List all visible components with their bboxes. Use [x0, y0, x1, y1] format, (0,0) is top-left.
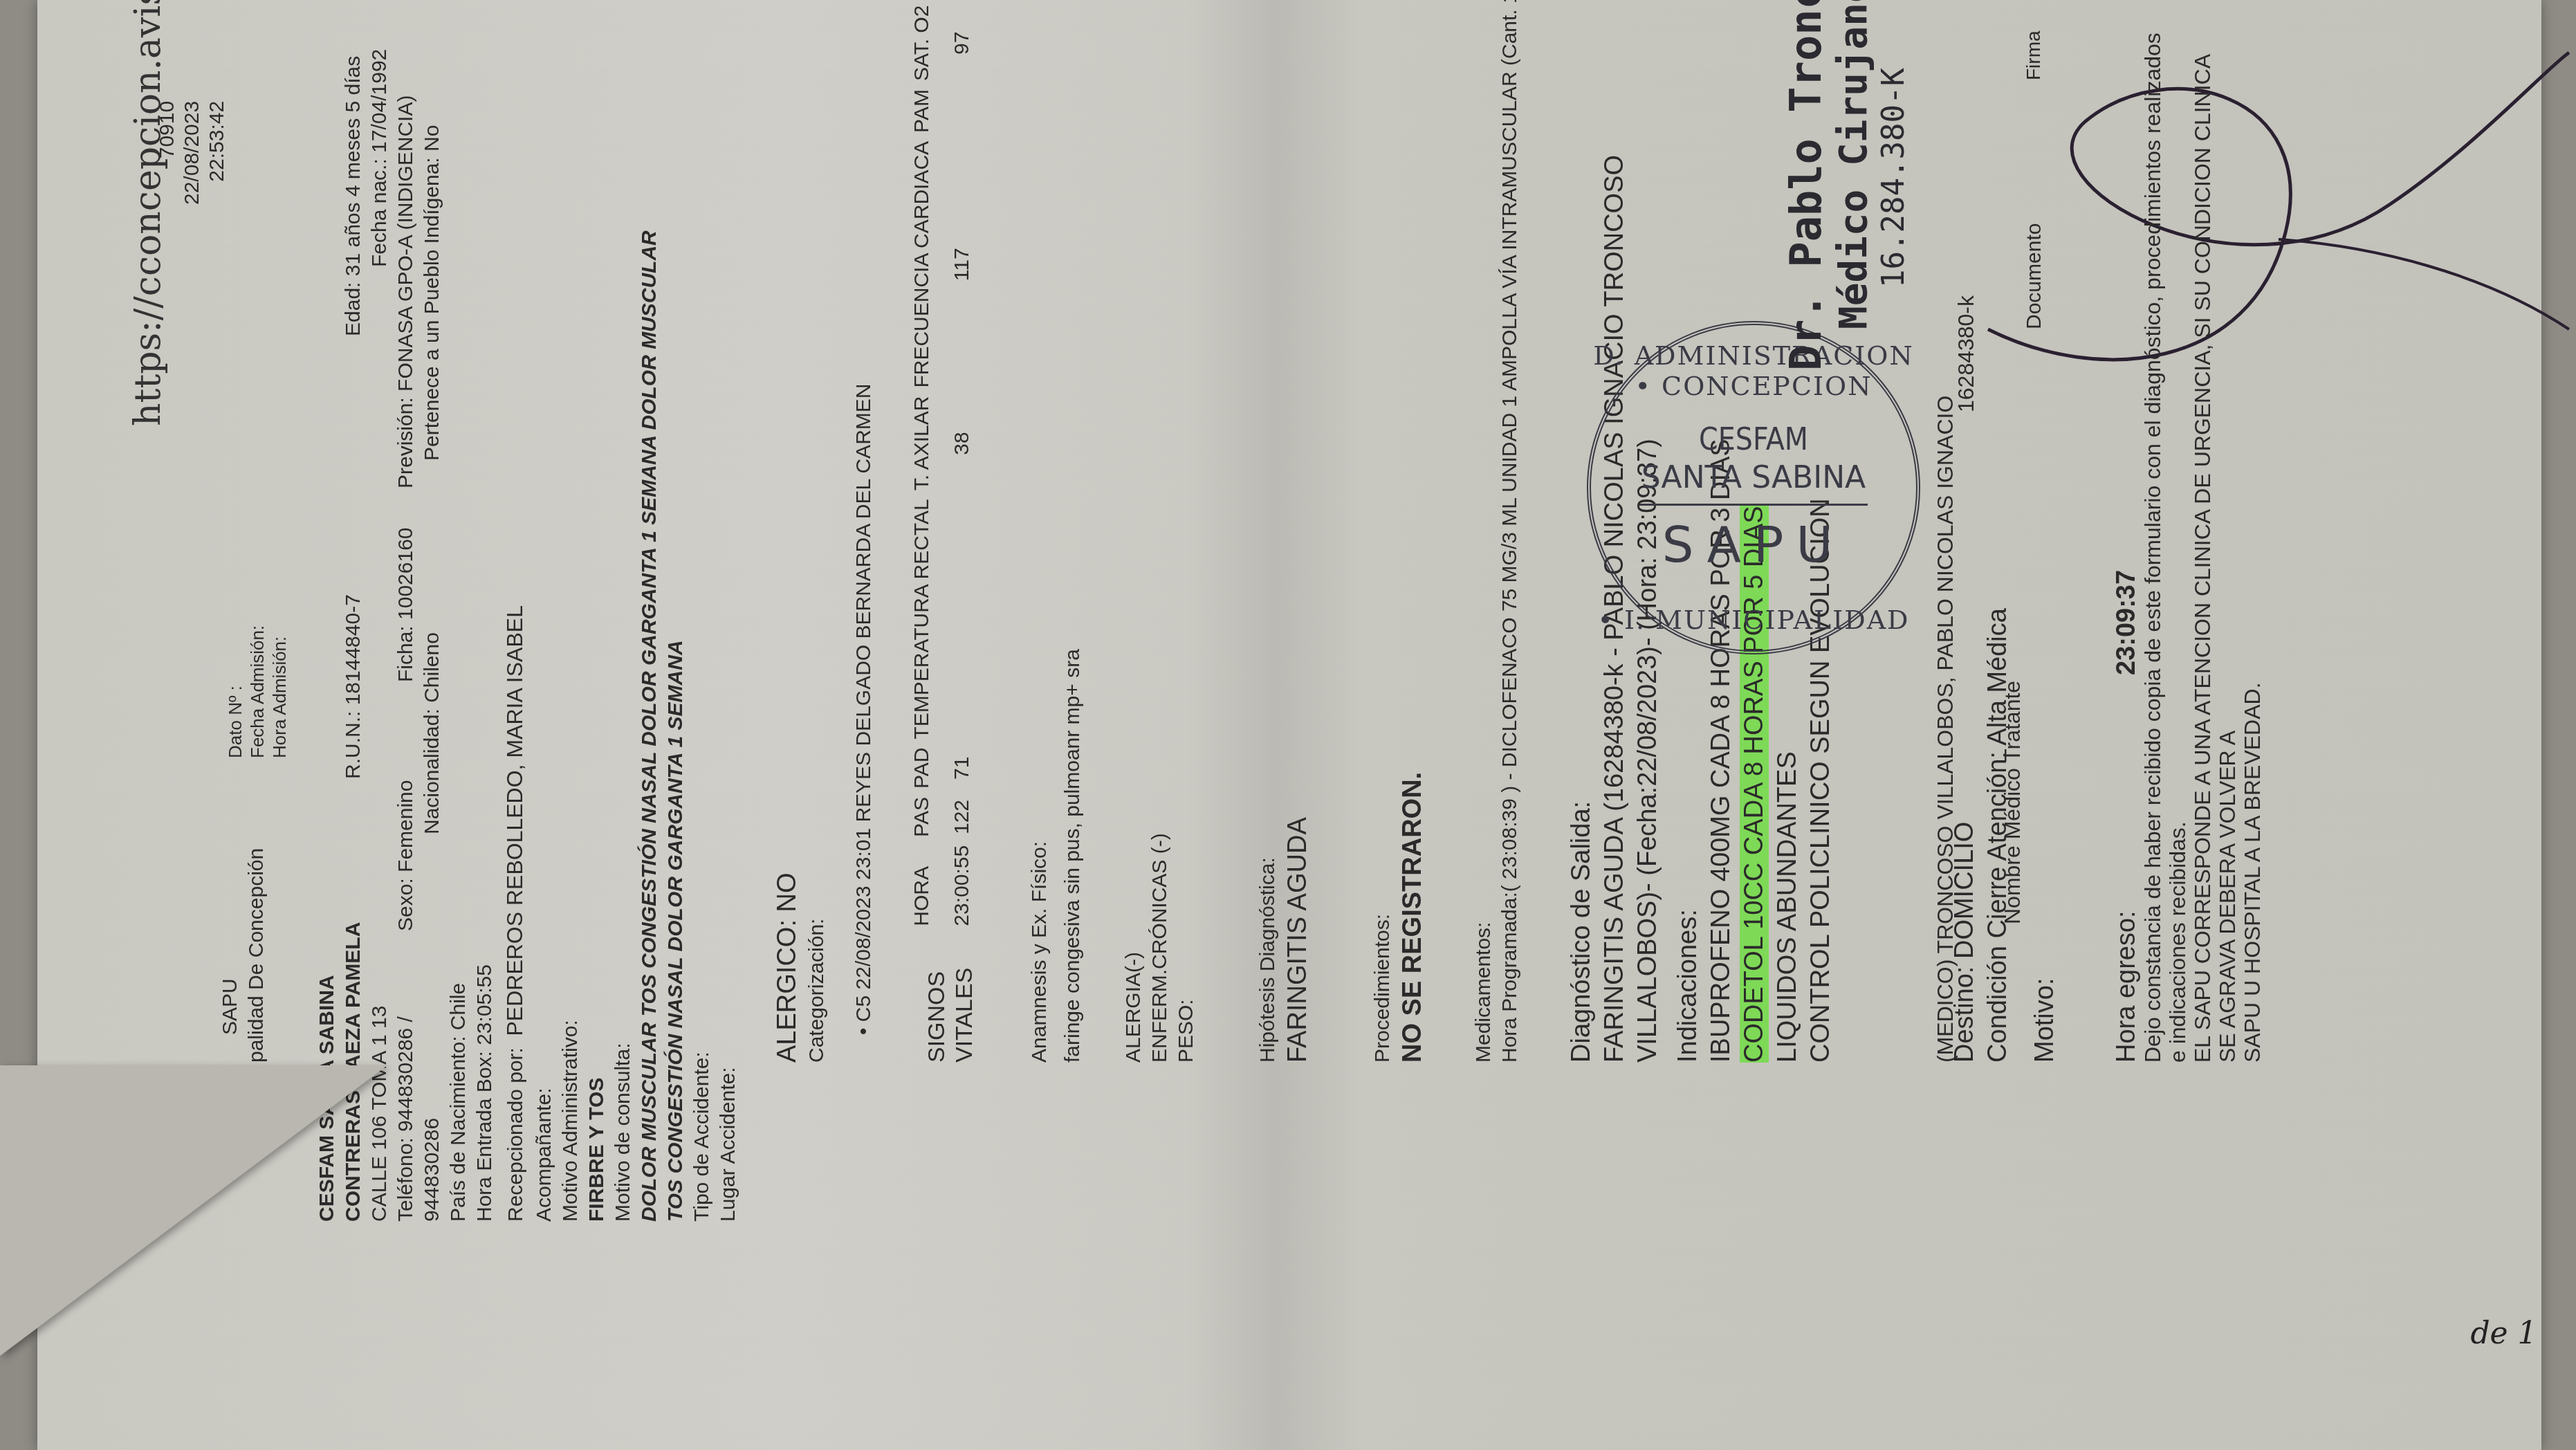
medicamentos-label: Medicamentos:	[1471, 0, 1497, 1063]
vitals-header: PAD	[909, 740, 949, 789]
stamp-line-1: CESFAM	[1591, 422, 1916, 457]
vitals-header: T. AXILAR	[909, 388, 949, 491]
disclaimer-line-2: EL SAPU CORRESPONDE A UNA ATENCION CLINI…	[2190, 25, 2240, 1063]
indigena-label: Pertenece a un Pueblo Indígena:	[421, 157, 443, 461]
fecha-admision: 22/08/2023	[180, 101, 205, 205]
procedimientos-value: NO SE REGISTRARON.	[1396, 0, 1429, 1063]
print-url: https://cconcepcion.avislatam.com/impres…	[127, 0, 169, 426]
hora-admision-label: Hora Admisión:	[268, 625, 291, 758]
vitals-value: 23:00:55	[949, 837, 978, 926]
medical-discharge-document: https://cconcepcion.avislatam.com/impres…	[37, 0, 2541, 1450]
disclaimer-line-1: Dejo constancia de haber recibido copia …	[2140, 25, 2190, 1063]
org-line-1: SAPU	[217, 848, 243, 1063]
vitals-header: FRECUENCIA CARDIACA	[909, 133, 949, 388]
fecha-admision-label: Fecha Admisión:	[246, 625, 268, 758]
vitals-header: SAT. O2	[909, 0, 949, 81]
vital-signs-table: SIGNOSVITALESHORAPASPADTEMPERATURA RECTA…	[909, 0, 978, 1063]
patient-info: CESFAM SANTA SABINA CONTRERAS BAEZA PAME…	[314, 46, 742, 1222]
allergy-section: ALERGICO: NO Categorización: • C5 22/08/…	[771, 384, 877, 1063]
fecha-nac-label: Fecha nac.:	[368, 158, 391, 267]
stamp-divider	[1639, 504, 1868, 506]
hipotesis-label: Hipótesis Diagnóstica:	[1255, 0, 1281, 1063]
run-label: R.U.N.:	[342, 711, 365, 779]
vitals-header: PAM	[909, 81, 949, 133]
telefono-2: 944830286	[419, 1118, 445, 1222]
indigena-value: No	[421, 125, 443, 152]
recepcionado-label: Recepcionado por:	[504, 1047, 527, 1222]
folded-paper-corner	[0, 1065, 387, 1356]
admission-values: 70910 22/08/2023 22:53:42	[155, 101, 230, 205]
medico-label: Nombre Médico Tratante	[2000, 396, 2025, 1063]
medico-name: (MEDICO) TRONCOSO VILLALOBOS, PABLO NICO…	[1933, 396, 1958, 1063]
telefono-value: 944830286 /	[394, 1016, 417, 1132]
dato-label: Dato Nº :	[224, 625, 246, 758]
edad-label: Edad:	[342, 282, 365, 336]
prevision-label: Previsión:	[394, 397, 417, 488]
institution-stamp: D. ADMINISTRACION • CONCEPCION CESFAM SA…	[1587, 321, 1920, 654]
ficha-label: Ficha:	[394, 625, 417, 682]
id-signature-row: 16284380-k Documento Firma	[2036, 25, 2119, 1063]
stamp-line-2: SANTA SABINA	[1591, 460, 1916, 495]
vitals-header: HORA	[909, 837, 949, 926]
physician-footer: (MEDICO) TRONCOSO VILLALOBOS, PABLO NICO…	[1933, 396, 2025, 1063]
vitals-header: TEMPERATURA RECTAL	[909, 490, 949, 739]
hora-admision: 22:53:42	[205, 101, 230, 205]
antecedentes: ALERGIA(-) ENFERM.CRÓNICAS (-) PESO:	[1121, 0, 1199, 1063]
doctor-stamp-rut: 16.284.380-K	[1876, 0, 1911, 288]
vitals-value: 71	[949, 740, 978, 789]
disclaimer: Dejo constancia de haber recibido copia …	[2140, 25, 2265, 1063]
doctor-stamp-title: Médico Cirujano	[1831, 0, 1876, 329]
handwritten-page-note: de 1	[2470, 1316, 2537, 1351]
vitals-header: PAS	[909, 789, 949, 837]
nacionalidad-value: Chileno	[421, 632, 443, 703]
vitals-value: 97	[949, 0, 978, 81]
acompanante-label: Acompañante:	[531, 46, 558, 1222]
motivo-consulta-value: DOLOR MUSCULAR TOS CONGESTIÓN NASAL DOLO…	[636, 184, 689, 1222]
documento-label: Documento	[2023, 223, 2046, 329]
edad-value: 31 años 4 meses 5 días	[342, 56, 365, 277]
stamp-ring-bottom: • I. MUNICIPALIDAD	[1591, 605, 1916, 635]
pais-value: Chile	[447, 983, 470, 1030]
admission-labels: Dato Nº : Fecha Admisión: Hora Admisión:	[224, 625, 291, 758]
sexo-label: Sexo:	[394, 878, 417, 931]
nacionalidad-label: Nacionalidad:	[421, 708, 443, 834]
vitals-value: 38	[949, 388, 978, 491]
categorizacion-label: Categorización:	[804, 384, 830, 1063]
motivo-consulta-label: Motivo de consulta:	[610, 46, 636, 1222]
doctor-stamp: Dr. Pablo Troncoso V. Médico Cirujano 16…	[1781, 0, 1911, 371]
recepcionado-value: PEDREROS REBOLLEDO, MARIA ISABEL	[502, 605, 527, 1036]
telefono-label: Teléfono:	[394, 1137, 417, 1222]
motivo-admin-value: FIRBRE Y TOS	[584, 46, 610, 1222]
procedimientos-label: Procedimientos:	[1370, 0, 1396, 1063]
motivo-admin-label: Motivo Administrativo:	[558, 46, 584, 1222]
stamp-line-3: SAPU	[1591, 515, 1916, 573]
org-header: SAPU palidad De Concepción	[217, 848, 270, 1063]
vitals-value: 122	[949, 789, 978, 837]
hipotesis-value: FARINGITIS AGUDA	[1281, 0, 1314, 1063]
lugar-accidente-label: Lugar Accidente:	[715, 46, 742, 1222]
ficha-value: 10026160	[394, 527, 417, 619]
categorizacion-value: C5 22/08/2023 23:01 REYES DELGADO BERNAR…	[852, 384, 875, 1022]
disclaimer-line-3: SAPU U HOSPITAL A LA BREVEDAD.	[2240, 25, 2265, 1063]
vitals-value: 117	[949, 133, 978, 388]
dato-number: 70910	[155, 101, 180, 205]
vitals-row-label: SIGNOSVITALES	[909, 926, 978, 1063]
pais-label: País de Nacimiento:	[447, 1036, 470, 1222]
vitals-value	[949, 490, 978, 739]
medicamentos-value: Hora Programada:( 23:08:39 ) - DICLOFENA…	[1497, 0, 1523, 1063]
anamnesis-value: faringe congesiva sin pus, pulmoanr mp+ …	[1060, 0, 1086, 1063]
prevision-value: FONASA GPO-A (INDIGENCIA)	[394, 95, 417, 392]
hora-box-label: Hora Entrada Box:	[473, 1051, 496, 1222]
fecha-nac-value: 17/04/1992	[368, 49, 391, 153]
tipo-accidente-label: Tipo de Accidente:	[689, 46, 715, 1222]
org-line-2: palidad De Concepción	[243, 848, 270, 1063]
documento-value: 16284380-k	[1953, 295, 1979, 412]
run-value: 18144840-7	[342, 594, 365, 705]
firma-label: Firma	[2023, 30, 2045, 80]
vitals-value	[949, 81, 978, 133]
sexo-value: Femenino	[394, 780, 417, 872]
anamnesis-label: Anamnesis y Ex. Físico:	[1027, 0, 1053, 1063]
alergico: ALERGICO: NO	[771, 384, 804, 1063]
hora-box-value: 23:05:55	[473, 964, 496, 1045]
doctor-stamp-name: Dr. Pablo Troncoso V.	[1781, 0, 1831, 371]
